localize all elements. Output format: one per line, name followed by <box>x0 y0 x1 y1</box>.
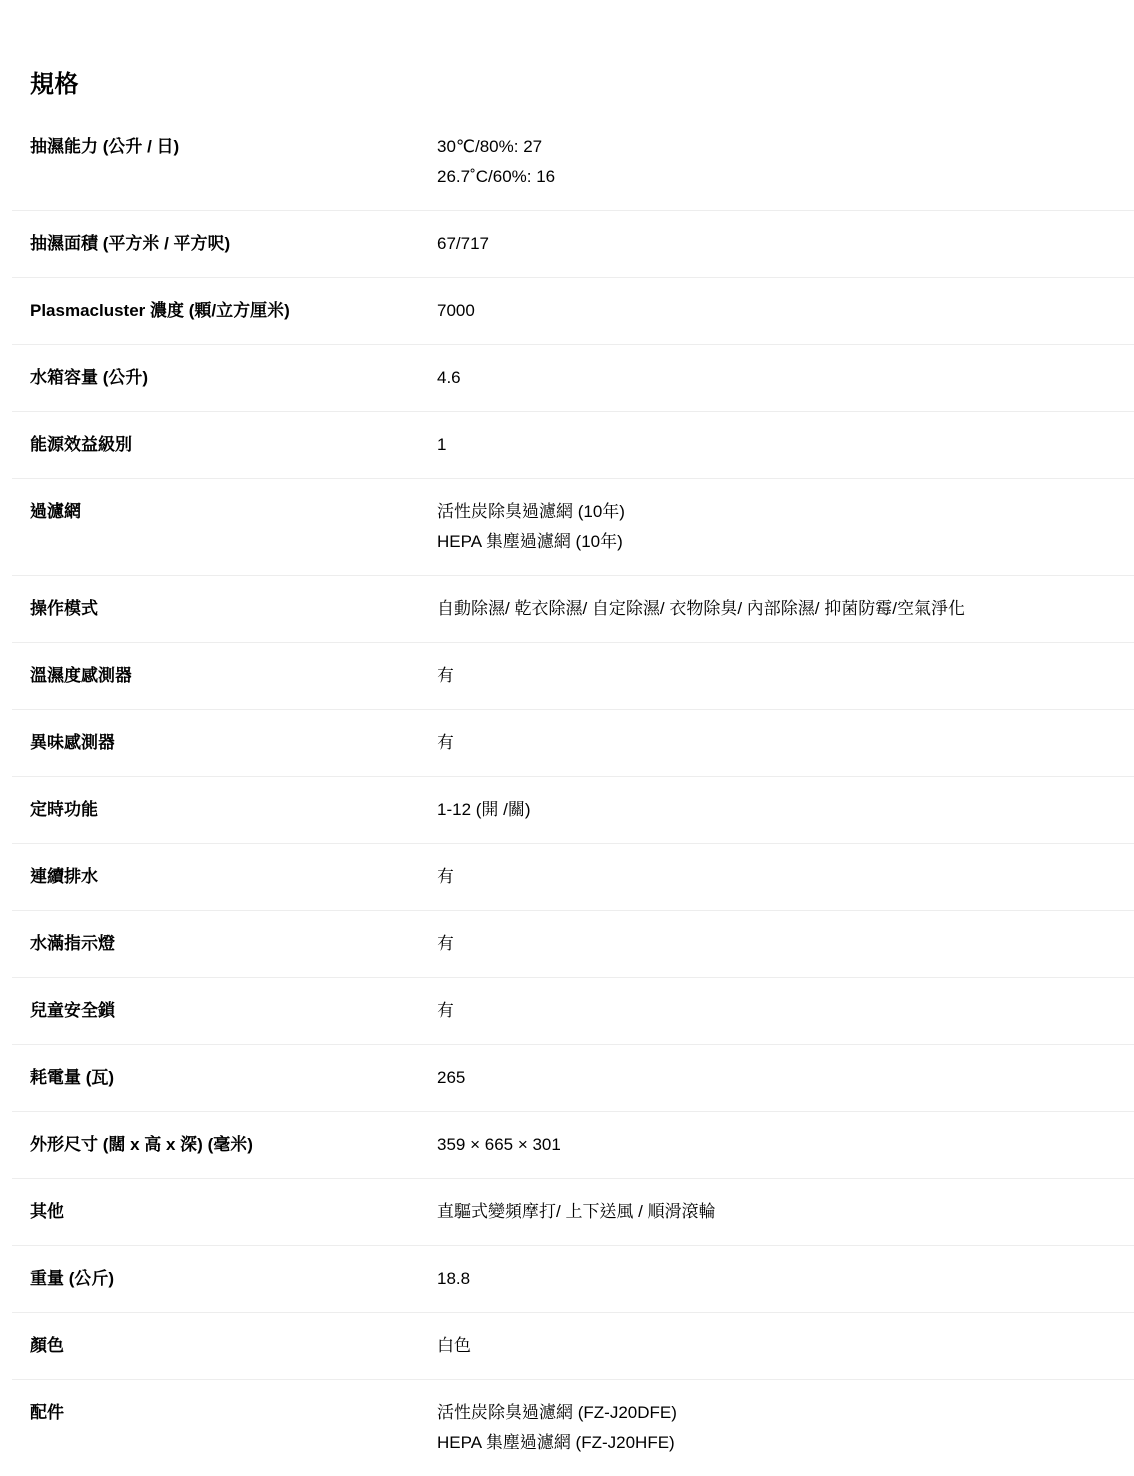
spec-value: 有 <box>437 929 1134 959</box>
spec-value-line: 活性炭除臭過濾網 (FZ-J20DFE) <box>437 1398 1110 1428</box>
spec-row: 能源效益級別1 <box>12 412 1134 479</box>
spec-value: 1-12 (開 /關) <box>437 795 1134 825</box>
spec-value: 30℃/80%: 2726.7˚C/60%: 16 <box>437 132 1134 192</box>
spec-value-line: 7000 <box>437 296 1110 326</box>
spec-value: 18.8 <box>437 1264 1134 1294</box>
spec-label: 定時功能 <box>12 795 437 825</box>
spec-row: 水滿指示燈有 <box>12 911 1134 978</box>
page-title: 規格 <box>30 70 1134 100</box>
spec-label: 抽濕能力 (公升 / 日) <box>12 132 437 162</box>
spec-value: 7000 <box>437 296 1134 326</box>
spec-label: 兒童安全鎖 <box>12 996 437 1026</box>
spec-row: 水箱容量 (公升)4.6 <box>12 345 1134 412</box>
spec-table: 抽濕能力 (公升 / 日)30℃/80%: 2726.7˚C/60%: 16抽濕… <box>12 114 1134 1476</box>
spec-label: Plasmacluster 濃度 (顆/立方厘米) <box>12 296 437 326</box>
spec-value: 359 × 665 × 301 <box>437 1130 1134 1160</box>
spec-row: 外形尺寸 (闊 x 高 x 深) (毫米)359 × 665 × 301 <box>12 1112 1134 1179</box>
spec-row: 抽濕能力 (公升 / 日)30℃/80%: 2726.7˚C/60%: 16 <box>12 114 1134 211</box>
spec-value-line: 1-12 (開 /關) <box>437 795 1110 825</box>
spec-label: 水箱容量 (公升) <box>12 363 437 393</box>
spec-label: 操作模式 <box>12 594 437 624</box>
spec-label: 重量 (公斤) <box>12 1264 437 1294</box>
spec-value: 白色 <box>437 1331 1134 1361</box>
spec-label: 顏色 <box>12 1331 437 1361</box>
spec-row: 耗電量 (瓦)265 <box>12 1045 1134 1112</box>
spec-value-line: 18.8 <box>437 1264 1110 1294</box>
spec-value: 直驅式變頻摩打/ 上下送風 / 順滑滾輪 <box>437 1197 1134 1227</box>
spec-page: 規格 抽濕能力 (公升 / 日)30℃/80%: 2726.7˚C/60%: 1… <box>0 0 1134 1476</box>
spec-value-line: 4.6 <box>437 363 1110 393</box>
spec-row: 配件活性炭除臭過濾網 (FZ-J20DFE)HEPA 集塵過濾網 (FZ-J20… <box>12 1380 1134 1476</box>
spec-value-line: 有 <box>437 996 1110 1026</box>
spec-row: 兒童安全鎖有 <box>12 978 1134 1045</box>
spec-value-line: 白色 <box>437 1331 1110 1361</box>
spec-value: 活性炭除臭過濾網 (10年)HEPA 集塵過濾網 (10年) <box>437 497 1134 557</box>
spec-row: 異味感測器有 <box>12 710 1134 777</box>
spec-value: 265 <box>437 1063 1134 1093</box>
spec-value-line: 自動除濕/ 乾衣除濕/ 自定除濕/ 衣物除臭/ 內部除濕/ 抑菌防霉/空氣淨化 <box>437 594 1110 624</box>
spec-label: 溫濕度感測器 <box>12 661 437 691</box>
spec-value-line: 265 <box>437 1063 1110 1093</box>
spec-value: 自動除濕/ 乾衣除濕/ 自定除濕/ 衣物除臭/ 內部除濕/ 抑菌防霉/空氣淨化 <box>437 594 1134 624</box>
spec-value-line: 活性炭除臭過濾網 (10年) <box>437 497 1110 527</box>
spec-value-line: 30℃/80%: 27 <box>437 132 1110 162</box>
spec-value: 67/717 <box>437 229 1134 259</box>
spec-row: 過濾網活性炭除臭過濾網 (10年)HEPA 集塵過濾網 (10年) <box>12 479 1134 576</box>
spec-label: 連續排水 <box>12 862 437 892</box>
spec-row: 連續排水有 <box>12 844 1134 911</box>
spec-value-line: 67/717 <box>437 229 1110 259</box>
spec-value-line: 359 × 665 × 301 <box>437 1130 1110 1160</box>
spec-label: 水滿指示燈 <box>12 929 437 959</box>
spec-row: 操作模式自動除濕/ 乾衣除濕/ 自定除濕/ 衣物除臭/ 內部除濕/ 抑菌防霉/空… <box>12 576 1134 643</box>
spec-label: 異味感測器 <box>12 728 437 758</box>
spec-value-line: 1 <box>437 430 1110 460</box>
spec-value-line: 有 <box>437 862 1110 892</box>
spec-value-line: HEPA 集塵過濾網 (10年) <box>437 527 1110 557</box>
spec-value-line: 直驅式變頻摩打/ 上下送風 / 順滑滾輪 <box>437 1197 1110 1227</box>
spec-label: 抽濕面積 (平方米 / 平方呎) <box>12 229 437 259</box>
spec-value: 有 <box>437 996 1134 1026</box>
spec-value-line: HEPA 集塵過濾網 (FZ-J20HFE) <box>437 1428 1110 1458</box>
spec-value: 有 <box>437 862 1134 892</box>
spec-label: 配件 <box>12 1398 437 1428</box>
spec-row: 重量 (公斤)18.8 <box>12 1246 1134 1313</box>
spec-value: 有 <box>437 661 1134 691</box>
spec-row: 顏色白色 <box>12 1313 1134 1380</box>
spec-label: 其他 <box>12 1197 437 1227</box>
spec-value-line: 有 <box>437 929 1110 959</box>
spec-row: Plasmacluster 濃度 (顆/立方厘米)7000 <box>12 278 1134 345</box>
spec-value-line: 有 <box>437 728 1110 758</box>
spec-row: 抽濕面積 (平方米 / 平方呎)67/717 <box>12 211 1134 278</box>
spec-label: 能源效益級別 <box>12 430 437 460</box>
spec-value-line: 有 <box>437 661 1110 691</box>
spec-row: 溫濕度感測器有 <box>12 643 1134 710</box>
spec-row: 定時功能1-12 (開 /關) <box>12 777 1134 844</box>
spec-value: 1 <box>437 430 1134 460</box>
spec-value: 活性炭除臭過濾網 (FZ-J20DFE)HEPA 集塵過濾網 (FZ-J20HF… <box>437 1398 1134 1458</box>
spec-value-line: 26.7˚C/60%: 16 <box>437 162 1110 192</box>
spec-label: 過濾網 <box>12 497 437 527</box>
spec-label: 外形尺寸 (闊 x 高 x 深) (毫米) <box>12 1130 437 1160</box>
spec-value: 4.6 <box>437 363 1134 393</box>
spec-row: 其他直驅式變頻摩打/ 上下送風 / 順滑滾輪 <box>12 1179 1134 1246</box>
spec-label: 耗電量 (瓦) <box>12 1063 437 1093</box>
spec-value: 有 <box>437 728 1134 758</box>
